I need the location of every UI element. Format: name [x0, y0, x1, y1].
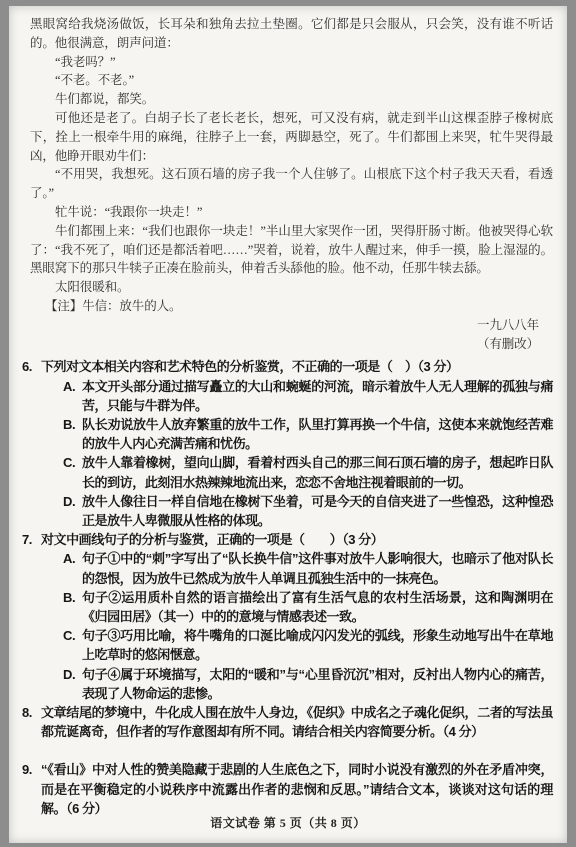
story-passage: 黑眼窝给我烧汤做饭，长耳朵和独角去拉土垫圈。它们都是只会服从，只会笑，没有谁不听… [30, 15, 553, 297]
question-stem: 对文中画线句子的分析与鉴赏，正确的一项是（ ）（3 分） [41, 532, 383, 547]
option-label: C. [63, 453, 75, 472]
question-section: 6.下列对文本相关内容和艺术特色的分析鉴赏，不正确的一项是（ ）（3 分） A.… [22, 357, 553, 818]
option-text: 本文开头部分通过描写矗立的大山和蜿蜒的河流，暗示着放牛人无人理解的孤独与痛苦，只… [82, 379, 553, 413]
question-number: 7. [22, 530, 32, 549]
option-text: 放牛人像往日一样自信地在橡树下坐着，可是今天的自信夹进了一些惶恐，这种惶恐正是放… [82, 494, 553, 528]
footnote: 【注】牛信：放牛的人。 [30, 297, 553, 316]
question-stem: “《看山》中对人性的赞美隐藏于悲剧的人生底色之下，同时小说没有激烈的外在矛盾冲突… [41, 762, 553, 815]
question-8: 8.文章结尾的梦境中，牛化成人围在放牛人身边，《促织》中成名之子魂化促织，二者的… [22, 703, 553, 741]
story-paragraph: 太阳很暖和。 [30, 278, 553, 297]
option-label: B. [63, 415, 75, 434]
option-label: A. [63, 549, 75, 568]
story-dialogue: “不老。不老。” [30, 71, 553, 90]
exam-page: 黑眼窝给我烧汤做饭，长耳朵和独角去拉土垫圈。它们都是只会服从，只会笑，没有谁不听… [9, 6, 567, 843]
year-line: 一九八八年 [30, 316, 553, 335]
story-dialogue: 牤牛说：“我跟你一块走！” [30, 203, 553, 222]
option-label: B. [63, 588, 75, 607]
question-stem: 下列对文本相关内容和艺术特色的分析鉴赏，不正确的一项是（ ）（3 分） [41, 359, 459, 374]
story-paragraph: 可他还是老了。白胡子长了老长老长，想死，可又没有病，就走到半山这棵歪脖子橡树底下… [30, 109, 553, 165]
revision-line: （有删改） [30, 335, 553, 354]
question-number: 8. [22, 703, 32, 722]
question-7-option-b: B.句子②运用质朴自然的语言描绘出了富有生活气息的农村生活场景，这和陶渊明在《归… [63, 588, 553, 626]
question-7-option-c: C.句子③巧用比喻，将牛嘴角的口涎比喻成闪闪发光的弧线，形象生动地写出牛在草地上… [63, 626, 553, 664]
question-6-option-d: D.放牛人像往日一样自信地在橡树下坐着，可是今天的自信夹进了一些惶恐，这种惶恐正… [63, 492, 553, 530]
question-7-option-a: A.句子①中的“刺”字写出了“队长换牛信”这件事对放牛人影响很大，也暗示了他对队… [63, 549, 553, 587]
option-label: D. [63, 492, 75, 511]
story-dialogue: “我老吗？” [30, 53, 553, 72]
question-7: 7.对文中画线句子的分析与鉴赏，正确的一项是（ ）（3 分） A.句子①中的“刺… [22, 530, 553, 703]
story-paragraph: 黑眼窝给我烧汤做饭，长耳朵和独角去拉土垫圈。它们都是只会服从，只会笑，没有谁不听… [30, 15, 553, 53]
question-6: 6.下列对文本相关内容和艺术特色的分析鉴赏，不正确的一项是（ ）（3 分） A.… [22, 357, 553, 530]
question-6-option-c: C.放牛人靠着橡树，望向山脚，看着村西头自己的那三间石顶石墙的房子，想起昨日队长… [63, 453, 553, 491]
option-label: A. [63, 377, 75, 396]
option-text: 队长劝说放牛人放弃繁重的放牛工作，队里打算再换一个牛信，这使本来就饱经苦难的放牛… [82, 417, 553, 451]
question-number: 9. [22, 760, 32, 779]
question-7-option-d: D.句子④属于环境描写，太阳的“暖和”与“心里昏沉沉”相对，反衬出人物内心的痛苦… [63, 665, 553, 703]
option-label: C. [63, 626, 75, 645]
option-text: 放牛人靠着橡树，望向山脚，看着村西头自己的那三间石顶石墙的房子，想起昨日队长的到… [82, 455, 553, 489]
question-6-option-a: A.本文开头部分通过描写矗立的大山和蜿蜒的河流，暗示着放牛人无人理解的孤独与痛苦… [63, 377, 553, 415]
page-footer: 语文试卷 第 5 页（共 8 页） [9, 814, 567, 831]
option-text: 句子③巧用比喻，将牛嘴角的口涎比喻成闪闪发光的弧线，形象生动地写出牛在草地上吃草… [82, 628, 553, 662]
question-9: 9.“《看山》中对人性的赞美隐藏于悲剧的人生底色之下，同时小说没有激烈的外在矛盾… [22, 760, 553, 818]
option-text: 句子①中的“刺”字写出了“队长换牛信”这件事对放牛人影响很大，也暗示了他对队长的… [82, 551, 553, 585]
option-text: 句子②运用质朴自然的语言描绘出了富有生活气息的农村生活场景，这和陶渊明在《归园田… [82, 590, 553, 624]
story-paragraph: 牛们都说，都笑。 [30, 90, 553, 109]
story-paragraph: 牛们都围上来：“我们也跟你一块走！”半山里大家哭作一团，哭得肝肠寸断。他被哭得心… [30, 222, 553, 278]
question-number: 6. [22, 357, 32, 376]
option-text: 句子④属于环境描写，太阳的“暖和”与“心里昏沉沉”相对，反衬出人物内心的痛苦，表… [82, 667, 553, 701]
question-6-option-b: B.队长劝说放牛人放弃繁重的放牛工作，队里打算再换一个牛信，这使本来就饱经苦难的… [63, 415, 553, 453]
option-label: D. [63, 665, 75, 684]
question-stem: 文章结尾的梦境中，牛化成人围在放牛人身边，《促织》中成名之子魂化促织，二者的写法… [41, 705, 553, 739]
story-dialogue: “不用哭，我想死。这石顶石墙的房子我一个人住够了。山根底下这个村子我天天看，看透… [30, 165, 553, 203]
